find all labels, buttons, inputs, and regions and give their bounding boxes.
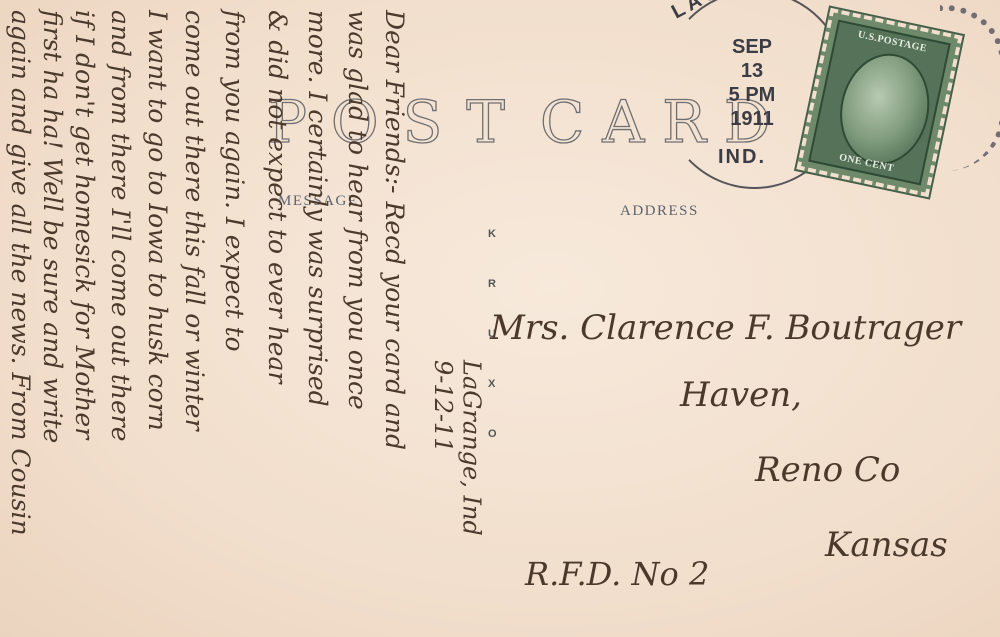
message-line: from you again. I expect to	[222, 10, 247, 352]
divider-letter: R	[488, 278, 497, 290]
postmark-state: IND.	[718, 146, 766, 169]
postmark-date: SEP 13 5 PM 1911	[712, 35, 792, 131]
postmark-day: 13	[712, 59, 792, 83]
message-line: & did not expect to ever hear	[265, 10, 290, 383]
stamp-frame: U.S.POSTAGE ONE CENT	[808, 20, 951, 186]
divider-letter: K	[488, 228, 497, 240]
message-line: if I don't get homesick for Mother	[72, 10, 97, 439]
message-line: come out there this fall or winter	[182, 10, 207, 431]
divider-letter: X	[488, 378, 497, 390]
message-line: I want to go to Iowa to husk corn	[145, 10, 170, 431]
message-area: LaGrange, Ind 9-12-11 Dear Friends:- Rec…	[0, 0, 470, 637]
message-place-date: LaGrange, Ind 9-12-11	[428, 360, 486, 536]
address-line-rfd: R.F.D. No 2	[525, 555, 709, 593]
address-line-name: Mrs. Clarence F. Boutrager	[490, 308, 961, 348]
message-line: was glad to hear from you once	[345, 10, 370, 410]
postmark-time: 5 PM	[712, 83, 792, 107]
divider-letter: O	[488, 428, 497, 440]
address-line-state: Kansas	[825, 525, 948, 565]
message-line: Dear Friends:- Recd your card and	[382, 10, 407, 450]
message-line: first ha ha! Well be sure and write	[40, 10, 65, 443]
postmark-year: 1911	[712, 107, 792, 131]
message-line: again and give all the news. From Cousin	[8, 10, 33, 536]
message-line: more. I certainly was surprised	[305, 10, 330, 407]
address-line-county: Reno Co	[755, 450, 900, 490]
postmark-month: SEP	[712, 35, 792, 59]
address-label: ADDRESS	[620, 203, 699, 220]
address-line-town: Haven,	[680, 375, 802, 415]
postcard-back: POST CARD MESSAGE ADDRESS K R U X O LAGR…	[0, 0, 1000, 637]
message-line: and from there I'll come out there	[108, 10, 133, 442]
